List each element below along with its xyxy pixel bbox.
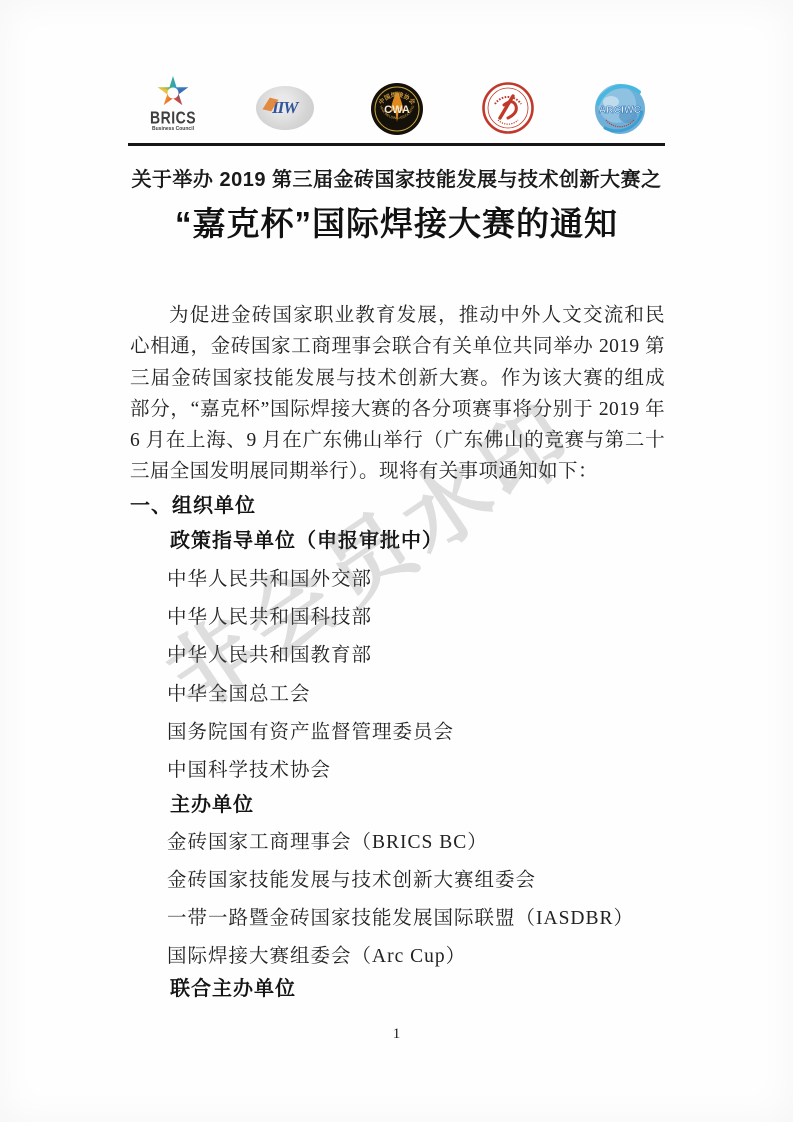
red-seal-icon [482, 82, 534, 134]
document-supertitle: 关于举办 2019 第三届金砖国家技能发展与技术创新大赛之 [0, 163, 793, 192]
iiw-acronym: IIW [272, 98, 297, 118]
host-item: 金砖国家技能发展与技术创新大赛组委会 [167, 864, 536, 892]
cwa-acronym: CWA [384, 104, 410, 116]
brics-business-council-logo: BRICS Business Council [130, 76, 216, 132]
iiw-globe-icon: IIW [256, 86, 314, 130]
cohost-heading: 联合主办单位 [170, 972, 296, 1001]
arciwc-globe-icon: ARCIWC [593, 82, 647, 136]
red-seal-logo [465, 82, 551, 134]
brics-acronym: BRICS [150, 108, 196, 126]
intro-paragraph: 为促进金砖国家职业教育发展，推动中外人文交流和民心相通，金砖国家工商理事会联合有… [130, 300, 665, 488]
logo-row: BRICS Business Council IIW 中国焊接协会 CHINA … [130, 76, 663, 146]
host-heading: 主办单位 [170, 788, 254, 817]
cwa-logo: 中国焊接协会 CHINA WELDING ASSOCIATION CWA [354, 82, 440, 136]
header-divider [128, 143, 665, 146]
policy-item: 中华人民共和国科技部 [167, 601, 372, 629]
policy-item: 中华全国总工会 [167, 678, 311, 706]
page-number: 1 [0, 1026, 793, 1043]
arciwc-logo: ARCIWC [577, 82, 663, 136]
host-item: 金砖国家工商理事会（BRICS BC） [167, 826, 488, 854]
host-item: 一带一路暨金砖国家技能发展国际联盟（IASDBR） [167, 902, 634, 930]
host-item: 国际焊接大赛组委会（Arc Cup） [167, 940, 466, 968]
policy-guidance-heading: 政策指导单位（申报审批中） [170, 524, 443, 553]
policy-item: 国务院国有资产监督管理委员会 [167, 716, 454, 744]
section-heading-organizers: 一、组织单位 [130, 489, 256, 518]
policy-item: 中国科学技术协会 [167, 754, 331, 782]
cwa-emblem-icon: 中国焊接协会 CHINA WELDING ASSOCIATION CWA [370, 82, 424, 136]
iiw-logo: IIW [242, 76, 328, 130]
document-page: 非会员水印 BRICS Business Council IIW 中国焊接协会 [0, 0, 793, 1122]
brics-caption: Business Council [152, 127, 194, 132]
brics-star-icon [157, 76, 189, 108]
document-title: “嘉克杯”国际焊接大赛的通知 [0, 198, 793, 245]
policy-item: 中华人民共和国教育部 [167, 639, 372, 667]
policy-item: 中华人民共和国外交部 [167, 563, 372, 591]
arciwc-acronym: ARCIWC [599, 105, 641, 116]
